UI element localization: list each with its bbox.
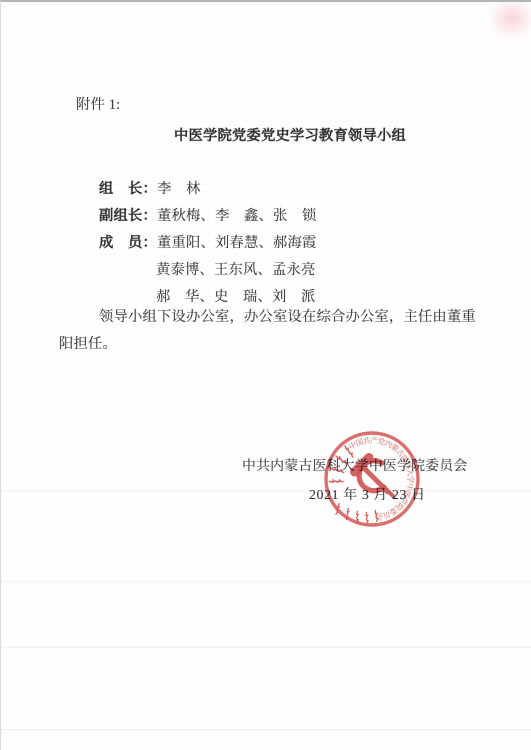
roster-names-deputy: 董秋梅、李 鑫、张 锁 [157,208,316,224]
body-paragraph-line-2: 阳担任。 [59,335,117,354]
attachment-label: 附件 1: [76,96,120,115]
document-title: 中医学院党委党史学习教育领导小组 [174,127,406,146]
hammer-and-sickle-icon [355,458,394,497]
official-red-seal: 中国共产党内蒙古医科大学中医学院委员会 [312,419,432,539]
scan-streak [1,647,531,648]
roster-row-members-2: 黄泰博、王东风、孟永亮 [156,261,315,280]
roster-names-leader: 李 林 [157,181,201,197]
scan-streak [1,729,531,730]
scan-streak [1,490,531,491]
roster-label-members: 成 员： [99,235,157,251]
pink-corner-smudge [477,0,531,48]
roster-label-leader: 组 长： [99,181,157,197]
roster-row-leader: 组 长：李 林 [99,180,201,199]
scanned-document-page: 附件 1: 中医学院党委党史学习教育领导小组 组 长：李 林 副组长：董秋梅、李… [0,0,531,750]
body-paragraph-line-1: 领导小组下设办公室，办公室设在综合办公室，主任由董重 [59,308,476,327]
roster-label-deputy: 副组长： [99,208,157,224]
roster-row-members: 成 员：董重阳、刘春慧、郝海霞 [99,234,316,253]
roster-names-members: 董重阳、刘春慧、郝海霞 [157,235,316,251]
scan-streak [1,581,531,582]
roster-row-deputy: 副组长：董秋梅、李 鑫、张 锁 [99,207,316,226]
roster-row-members-3: 郝 华、史 瑞、刘 派 [156,288,315,307]
